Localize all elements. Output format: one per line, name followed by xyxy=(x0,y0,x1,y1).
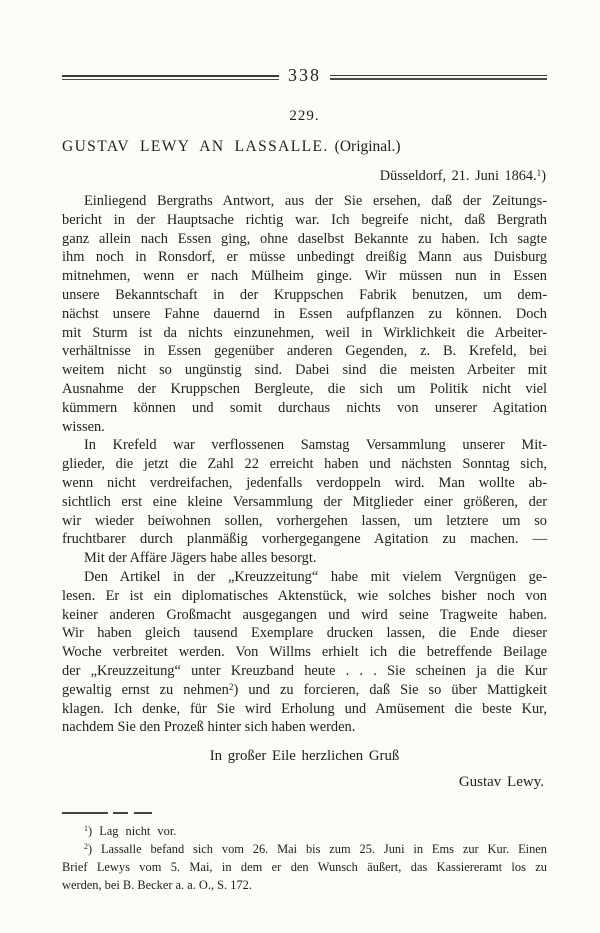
letter-line: kümmern können und somit durchaus nichts… xyxy=(62,399,547,418)
letter-title: GUSTAV LEWY AN LASSALLE. xyxy=(62,138,329,155)
footnote-1-text: ) Lag nicht vor. xyxy=(88,824,176,838)
letter-line: Wir haben gleich tausend Exemplare druck… xyxy=(62,624,547,643)
letter-line: glieder, die jetzt die Zahl 22 erreicht … xyxy=(62,455,547,474)
letter-line: wenn nicht verdreifachen, jedenfalls ver… xyxy=(62,474,547,493)
letter-line: gewaltig ernst zu nehmen2) und zu forcie… xyxy=(62,681,547,700)
footnote-2-line: werden, bei B. Becker a. a. O., S. 172. xyxy=(62,877,547,895)
note-line-text: gewaltig ernst zu nehmen xyxy=(62,682,229,698)
footnote-2-text: ) Lassalle befand sich vom 26. Mai bis z… xyxy=(88,842,547,856)
letter-line: wir wieder beiwohnen sollen, vorhergehen… xyxy=(62,512,547,531)
letter-line: unsere Bekanntschaft in der Kruppschen F… xyxy=(62,286,547,305)
letter-line: klagen. Ich denke, für Sie wird Erholung… xyxy=(62,700,547,719)
letter-line: lesen. Er ist ein diplomatisches Aktenst… xyxy=(62,587,547,606)
book-page: 338 229. GUSTAV LEWY AN LASSALLE.(Origin… xyxy=(0,0,600,933)
dateline: Düsseldorf, 21. Juni 1864.1) xyxy=(62,168,547,185)
footnote-1: 1) Lag nicht vor. xyxy=(62,823,547,841)
letter-line: Mit der Affäre Jägers habe alles besorgt… xyxy=(62,549,547,568)
letter-line: mitnehmen, wenn er nach Mülheim ginge. W… xyxy=(62,267,547,286)
closing-line: In großer Eile herzlichen Gruß xyxy=(62,748,547,765)
letter-line: verhältnisse in Essen gegenüber anderen … xyxy=(62,342,547,361)
footnote-2-line: 2) Lassalle befand sich vom 26. Mai bis … xyxy=(62,841,547,859)
note-line-text: ) und zu forcieren, daß Sie so über Matt… xyxy=(233,682,547,698)
letter-line: mit Sturm ist da nichts einzunehmen, wei… xyxy=(62,324,547,343)
letter-line: In Krefeld war verflossenen Samstag Vers… xyxy=(62,436,547,455)
page-header: 338 xyxy=(62,67,547,88)
page-number: 338 xyxy=(279,65,330,86)
letter-line: sichtlich erst eine kleine Versammlung d… xyxy=(62,493,547,512)
letter-line: ihm noch in Ronsdorf, er müsse unbedingt… xyxy=(62,248,547,267)
header-rule-left xyxy=(62,75,279,80)
letter-line: ganz allein nach Essen ging, ohne daselb… xyxy=(62,230,547,249)
letter-line: Ausnahme der Kruppschen Bergleute, die s… xyxy=(62,380,547,399)
letter-line: bericht in der Hauptsache richtig war. I… xyxy=(62,211,547,230)
dateline-close: ) xyxy=(541,168,546,184)
divider-segment xyxy=(113,812,128,814)
letter-line: Den Artikel in der „Kreuzzeitung“ habe m… xyxy=(62,568,547,587)
header-rule-right xyxy=(330,75,547,80)
letter-line: fruchtbarer durch planmäßig vorhergegang… xyxy=(62,530,547,549)
letter-title-original: (Original.) xyxy=(335,138,401,155)
footnote-divider xyxy=(62,812,547,814)
letter-line: keiner anderen Großmacht ausgegangen und… xyxy=(62,606,547,625)
signature: Gustav Lewy. xyxy=(62,774,547,791)
letter-heading: GUSTAV LEWY AN LASSALLE.(Original.) xyxy=(62,138,547,156)
letter-line: nächst unsere Fahne dauernd in Essen auf… xyxy=(62,305,547,324)
letter-line: nachdem Sie den Prozeß hinter sich haben… xyxy=(62,718,547,737)
divider-segment xyxy=(62,812,108,814)
letter-line: weitem nicht so ungünstig sind. Dabei si… xyxy=(62,361,547,380)
letter-line: Einliegend Bergraths Antwort, aus der Si… xyxy=(62,192,547,211)
letter-body: Einliegend Bergraths Antwort, aus der Si… xyxy=(62,192,547,737)
letter-line: wissen. xyxy=(62,418,547,437)
divider-segment xyxy=(134,812,152,814)
footnote-2-line: Brief Lewys vom 5. Mai, in dem er den Wu… xyxy=(62,859,547,877)
letter-line: Woche verbreitet werden. Von Willms erhi… xyxy=(62,643,547,662)
letter-number: 229. xyxy=(62,108,547,125)
dateline-text: Düsseldorf, 21. Juni 1864. xyxy=(380,168,537,184)
footnotes: 1) Lag nicht vor. 2) Lassalle befand sic… xyxy=(62,823,547,894)
letter-line: der „Kreuzzeitung“ unter Kreuzband heute… xyxy=(62,662,547,681)
